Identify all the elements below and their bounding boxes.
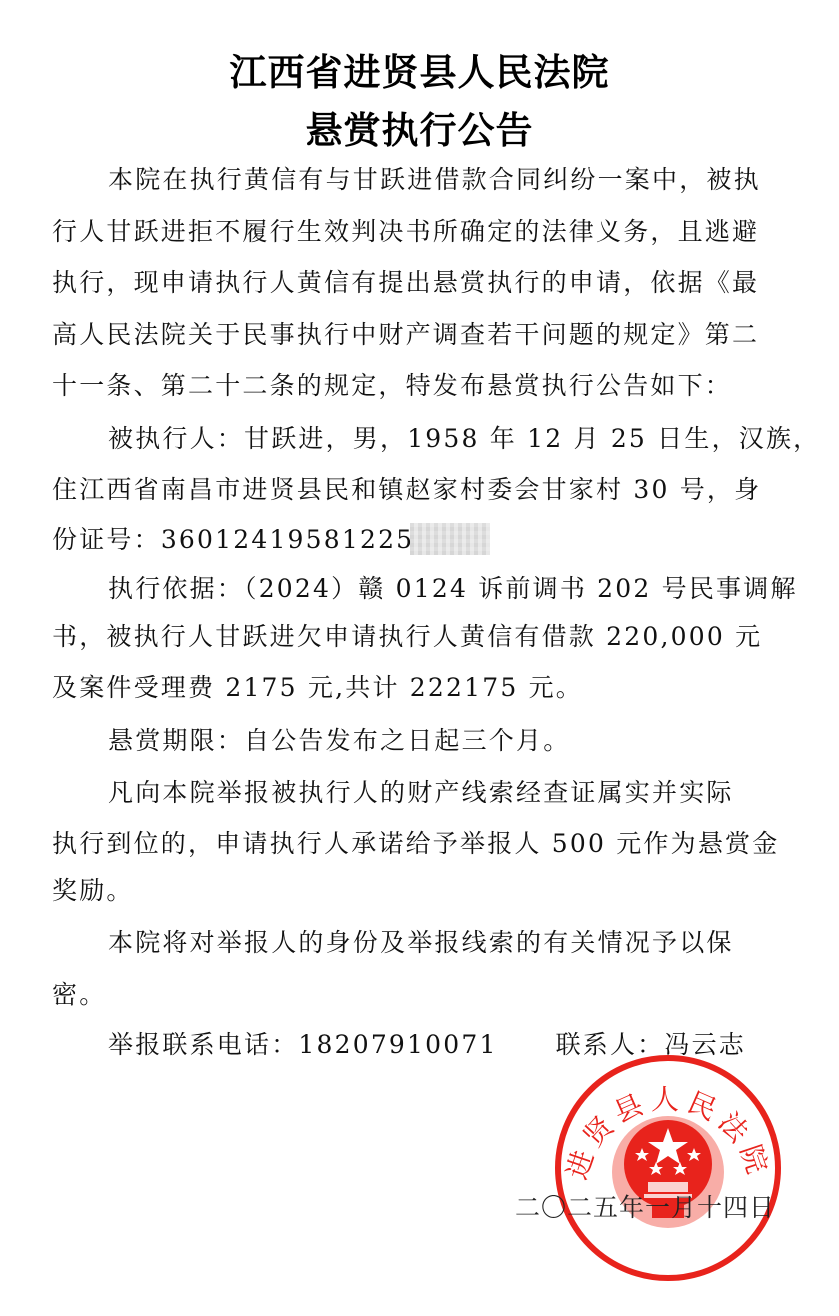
text-line: 行人甘跃进拒不履行生效判决书所确定的法律义务，且逃避	[52, 217, 802, 247]
text-line: 十一条、第二十二条的规定，特发布悬赏执行公告如下：	[52, 371, 802, 401]
text-line: 本院在执行黄信有与甘跃进借款合同纠纷一案中，被执	[108, 165, 839, 195]
text-line: 被执行人：甘跃进，男，1958 年 12 月 25 日生，汉族，	[108, 424, 839, 454]
phone-number: 18207910071	[298, 1030, 497, 1059]
text-line: 执行，现申请执行人黄信有提出悬赏执行的申请，依据《最	[52, 268, 802, 298]
issue-date: 二〇二五年一月十四日	[515, 1188, 775, 1224]
text-line: 奖励。	[52, 876, 802, 906]
notice-title: 悬赏执行公告	[0, 100, 839, 154]
text-line: 执行到位的，申请执行人承诺给予举报人 500 元作为悬赏金	[52, 829, 802, 859]
id-label: 份证号：	[52, 525, 161, 554]
phone-label: 举报联系电话：	[108, 1030, 298, 1059]
redacted-mosaic	[410, 523, 490, 555]
text-line: 住江西省南昌市进贤县民和镇赵家村委会甘家村 30 号，身	[52, 475, 802, 505]
text-line: 密。	[52, 980, 802, 1010]
text-line: 及案件受理费 2175 元,共计 222175 元。	[52, 673, 802, 703]
court-seal-stamp: 进贤县人民法院	[552, 1052, 784, 1284]
text-line: 高人民法院关于民事执行中财产调查若干问题的规定》第二	[52, 320, 802, 350]
reward-period: 悬赏期限：自公告发布之日起三个月。	[108, 726, 839, 756]
text-line: 凡向本院举报被执行人的财产线索经查证属实并实际	[108, 778, 839, 808]
id-number-line: 份证号：36012419581225	[52, 525, 802, 558]
text-line: 书，被执行人甘跃进欠申请执行人黄信有借款 220,000 元	[52, 622, 802, 652]
id-number: 36012419581225	[161, 525, 414, 554]
text-line: 本院将对举报人的身份及举报线索的有关情况予以保	[108, 928, 839, 958]
text-line: 执行依据：（2024）赣 0124 诉前调书 202 号民事调解	[108, 574, 839, 604]
court-name-title: 江西省进贤县人民法院	[0, 42, 839, 96]
